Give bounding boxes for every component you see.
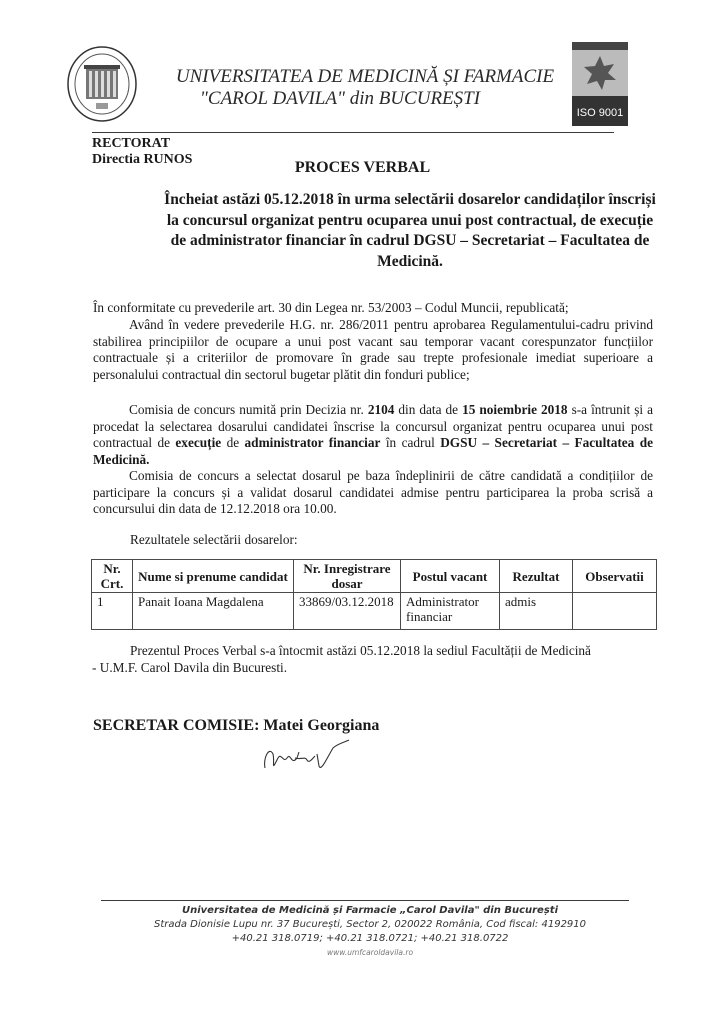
department-rectorat: RECTORAT	[92, 136, 192, 152]
paragraph-closing-location: - U.M.F. Carol Davila din Bucuresti.	[92, 660, 652, 677]
results-table: Nr. Crt. Nume si prenume candidat Nr. In…	[91, 559, 657, 630]
cell-registration: 33869/03.12.2018	[294, 593, 401, 630]
col-name: Nume si prenume candidat	[133, 560, 294, 593]
table-row: 1 Panait Ioana Magdalena 33869/03.12.201…	[92, 593, 657, 630]
university-name: UNIVERSITATEA DE MEDICINĂ ȘI FARMACIE "C…	[160, 66, 570, 110]
cell-position: Administrator financiar	[401, 593, 500, 630]
header-divider	[92, 132, 614, 133]
iso-certification-logo: ISO 9001	[572, 42, 628, 126]
footer-university: Universitatea de Medicină și Farmacie „C…	[100, 904, 640, 918]
footer-divider	[101, 900, 629, 901]
commission-secretary: SECRETAR COMISIE: Matei Georgiana	[93, 717, 379, 735]
paragraph-selection: Comisia de concurs a selectat dosarul pe…	[93, 468, 653, 518]
university-seal-logo	[66, 45, 138, 123]
university-name-line1: UNIVERSITATEA DE MEDICINĂ ȘI FARMACIE	[176, 66, 554, 87]
col-registration: Nr. Inregistrare dosar	[294, 560, 401, 593]
col-result: Rezultat	[500, 560, 573, 593]
cell-observations	[573, 593, 657, 630]
iso-badge-text: ISO 9001	[577, 107, 623, 119]
decision-number: 2104	[368, 402, 395, 417]
col-position: Postul vacant	[401, 560, 500, 593]
paragraph-legal-basis: În conformitate cu prevederile art. 30 d…	[93, 300, 653, 317]
paragraph-commission: Comisia de concurs numită prin Decizia n…	[93, 402, 653, 468]
paragraph-hg-regulation: Având în vedere prevederile H.G. nr. 286…	[93, 317, 653, 383]
signature	[255, 738, 350, 778]
decision-date: 15 noiembrie 2018	[462, 402, 568, 417]
col-nr-crt: Nr. Crt.	[92, 560, 133, 593]
cell-name: Panait Ioana Magdalena	[133, 593, 294, 630]
document-subtitle: Încheiat astăzi 05.12.2018 în urma selec…	[160, 190, 660, 272]
cell-nr: 1	[92, 593, 133, 630]
cell-result: admis	[500, 593, 573, 630]
footer-address: Strada Dionisie Lupu nr. 37 București, S…	[100, 918, 640, 932]
results-label: Rezultatele selectării dosarelor:	[130, 532, 690, 549]
table-header-row: Nr. Crt. Nume si prenume candidat Nr. In…	[92, 560, 657, 593]
col-observations: Observatii	[573, 560, 657, 593]
footer-phones: +40.21 318.0719; +40.21 318.0721; +40.21…	[100, 932, 640, 946]
footer: Universitatea de Medicină și Farmacie „C…	[100, 904, 640, 960]
paragraph-closing: Prezentul Proces Verbal s-a întocmit ast…	[130, 643, 670, 660]
university-name-line2: "CAROL DAVILA" din BUCUREȘTI	[160, 88, 570, 110]
document-title: PROCES VERBAL	[0, 159, 725, 177]
footer-website-link[interactable]: www.umfcaroldavila.ro	[100, 946, 640, 960]
position-name: administrator financiar	[245, 435, 381, 450]
